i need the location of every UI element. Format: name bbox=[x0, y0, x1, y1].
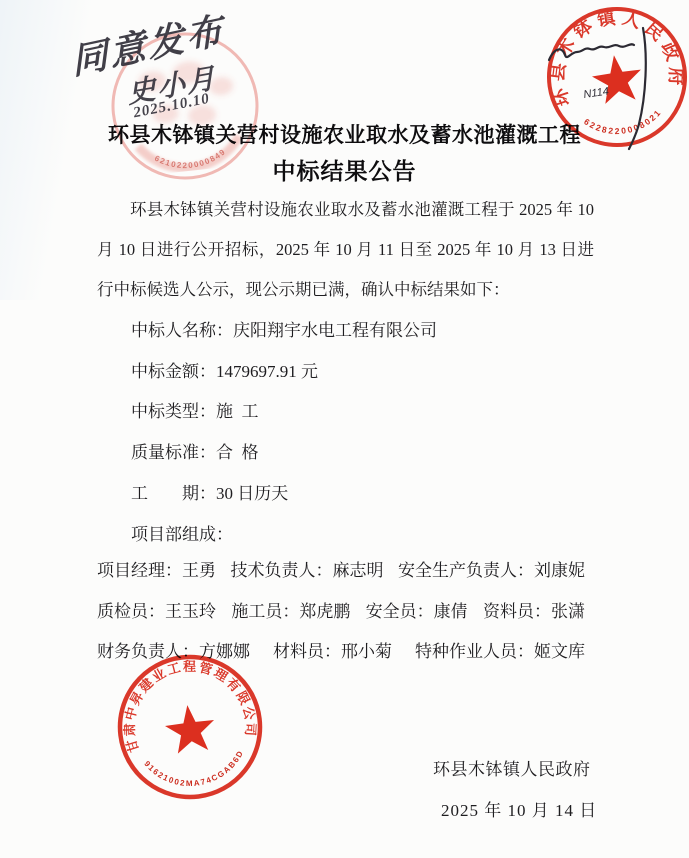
bid-result-fields: 中标人名称：庆阳翔宇水电工程有限公司 中标金额：1479697.91 元 中标类… bbox=[97, 311, 589, 555]
field-duration-label: 工 期： bbox=[131, 484, 216, 503]
pen-signature: N114 bbox=[540, 8, 689, 168]
staff-label: 材料员： bbox=[273, 642, 341, 661]
staff-item: 安全生产负责人：刘康妮 bbox=[398, 551, 585, 592]
field-type-label: 中标类型： bbox=[131, 402, 216, 421]
field-project-team-label: 项目部组成： bbox=[131, 525, 233, 544]
field-amount: 中标金额：1479697.91 元 bbox=[97, 352, 589, 393]
staff-name: 王玉玲 bbox=[165, 602, 216, 621]
field-type-value: 施 工 bbox=[216, 402, 259, 421]
pen-signature-annotation: N114 bbox=[583, 86, 610, 101]
staff-item: 项目经理：王勇 bbox=[97, 551, 216, 592]
field-quality: 质量标准：合 格 bbox=[97, 433, 589, 474]
staff-label: 特种作业人员： bbox=[415, 642, 534, 661]
staff-item: 资料员：张潇 bbox=[483, 592, 585, 633]
field-type: 中标类型：施 工 bbox=[97, 392, 589, 433]
staff-item: 财务负责人：方娜娜 bbox=[97, 632, 250, 673]
staff-name: 王勇 bbox=[182, 561, 216, 580]
staff-label: 技术负责人： bbox=[231, 561, 333, 580]
field-winner-value: 庆阳翔宇水电工程有限公司 bbox=[233, 321, 437, 340]
staff-name: 郑虎鹏 bbox=[299, 602, 350, 621]
staff-name: 姬文库 bbox=[534, 642, 585, 661]
staff-row-3: 财务负责人：方娜娜 材料员：邢小菊 特种作业人员：姬文库 bbox=[97, 632, 585, 673]
staff-item: 质检员：王玉玲 bbox=[97, 592, 216, 633]
staff-row-1: 项目经理：王勇 技术负责人：麻志明 安全生产负责人：刘康妮 bbox=[97, 551, 585, 592]
intro-paragraph: 环县木钵镇关营村设施农业取水及蓄水池灌溉工程于 2025 年 10 月 10 日… bbox=[97, 190, 594, 310]
field-amount-value: 1479697.91 元 bbox=[216, 362, 318, 381]
staff-label: 安全员： bbox=[366, 602, 434, 621]
staff-item: 安全员：康倩 bbox=[366, 592, 468, 633]
field-winner-label: 中标人名称： bbox=[131, 321, 233, 340]
staff-label: 质检员： bbox=[97, 602, 165, 621]
staff-label: 资料员： bbox=[483, 602, 551, 621]
staff-name: 麻志明 bbox=[333, 561, 384, 580]
staff-name: 张潇 bbox=[551, 602, 585, 621]
pen-signature-downstroke bbox=[629, 28, 646, 149]
pen-signature-scribble bbox=[549, 44, 634, 60]
staff-name: 方娜娜 bbox=[199, 642, 250, 661]
staff-name: 邢小菊 bbox=[341, 642, 392, 661]
staff-item: 施工员：郑虎鹏 bbox=[231, 592, 350, 633]
project-staff-list: 项目经理：王勇 技术负责人：麻志明 安全生产负责人：刘康妮 质检员：王玉玲 施工… bbox=[97, 551, 585, 673]
field-duration-value: 30 日历天 bbox=[216, 484, 288, 503]
staff-name: 康倩 bbox=[434, 602, 468, 621]
staff-label: 财务负责人： bbox=[97, 642, 199, 661]
staff-row-2: 质检员：王玉玲 施工员：郑虎鹏 安全员：康倩 资料员：张潇 bbox=[97, 592, 585, 633]
staff-name: 刘康妮 bbox=[534, 561, 585, 580]
staff-item: 特种作业人员：姬文库 bbox=[415, 632, 585, 673]
staff-label: 项目经理： bbox=[97, 561, 182, 580]
company-seal-star-icon bbox=[163, 702, 218, 755]
signoff-issuer: 环县木钵镇人民政府 bbox=[433, 755, 591, 780]
field-quality-label: 质量标准： bbox=[131, 443, 216, 462]
field-winner: 中标人名称：庆阳翔宇水电工程有限公司 bbox=[97, 311, 589, 352]
field-amount-label: 中标金额： bbox=[131, 362, 216, 381]
document-page: 同意发布 史小月 2025.10.10 6210220000849 环县木钵镇关… bbox=[0, 0, 689, 858]
staff-label: 施工员： bbox=[231, 602, 299, 621]
field-duration: 工 期：30 日历天 bbox=[97, 474, 589, 515]
field-quality-value: 合 格 bbox=[216, 443, 259, 462]
field-project-team: 项目部组成： bbox=[97, 515, 589, 556]
signoff-date: 2025 年 10 月 14 日 bbox=[441, 796, 597, 821]
company-seal-code-text: 91621002MA74CGAB6D bbox=[142, 747, 249, 794]
staff-item: 技术负责人：麻志明 bbox=[231, 551, 384, 592]
staff-item: 材料员：邢小菊 bbox=[273, 632, 392, 673]
staff-label: 安全生产负责人： bbox=[398, 561, 534, 580]
